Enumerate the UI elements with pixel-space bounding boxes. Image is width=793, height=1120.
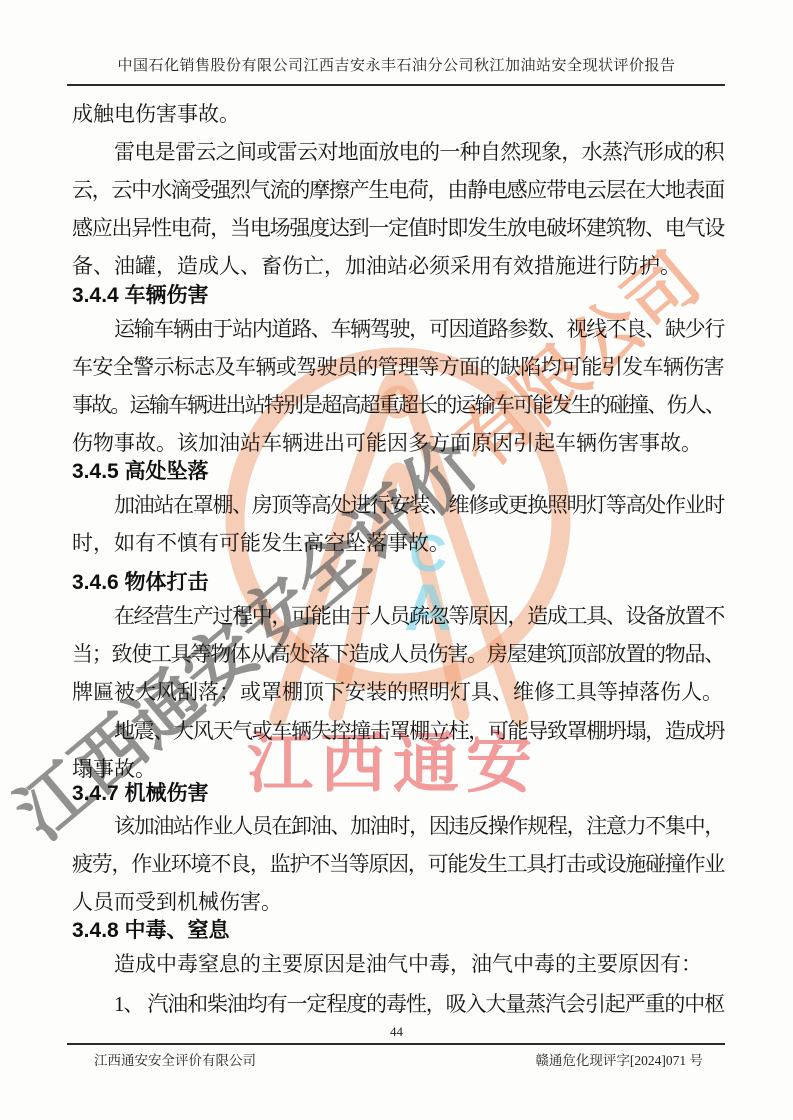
header-rule xyxy=(67,84,725,86)
body-line: 1、 汽油和柴油均有一定程度的毒性，吸入大量蒸汽会引起严重的中枢 xyxy=(114,985,724,1023)
section-heading-3-4-7: 3.4.7 机械伤害 xyxy=(72,781,209,807)
section-3-4-5-body: 加油站在罩棚、房顶等高处进行安装、维修或更换照明灯等高处作业时 时，如有不慎有可… xyxy=(72,486,724,562)
section-3-4-8-body-2: 1、 汽油和柴油均有一定程度的毒性，吸入大量蒸汽会引起严重的中枢 xyxy=(72,985,724,1023)
section-3-4-4-body: 运输车辆由于站内道路、车辆驾驶，可因道路参数、视线不良、缺少行 车安全警示标志及… xyxy=(72,310,724,462)
section-3-4-7-body: 该加油站作业人员在卸油、加油时，因违反操作规程，注意力不集中， 疲劳，作业环境不… xyxy=(72,807,724,921)
section-3-4-6-body-2: 地震、大风天气或车辆失控撞击罩棚立柱，可能导致罩棚坍塌，造成坍 塌事故。 xyxy=(72,712,724,788)
body-line: 雷电是雷云之间或雷云对地面放电的一种自然现象，水蒸汽形成的积 xyxy=(114,133,724,171)
footer-doc-number: 赣通危化现评字[2024]071 号 xyxy=(535,1049,725,1069)
body-line: 人员而受到机械伤害。 xyxy=(72,883,724,921)
body-line: 加油站在罩棚、房顶等高处进行安装、维修或更换照明灯等高处作业时 xyxy=(114,486,724,524)
body-line: 地震、大风天气或车辆失控撞击罩棚立柱，可能导致罩棚坍塌，造成坍 xyxy=(114,712,724,750)
body-line: 事故。运输车辆进出站特别是超高超重超长的运输车可能发生的碰撞、伤人、 xyxy=(72,386,724,424)
footer-row: 江西通安安全评价有限公司 赣通危化现评字[2024]071 号 xyxy=(67,1049,725,1069)
section-heading-3-4-4: 3.4.4 车辆伤害 xyxy=(72,283,209,309)
section-3-4-6-body: 在经营生产过程中，可能由于人员疏忽等原因，造成工具、设备放置不 当；致使工具等物… xyxy=(72,597,724,711)
footer-company: 江西通安安全评价有限公司 xyxy=(67,1049,256,1069)
report-page: 中国石化销售股份有限公司江西吉安永丰石油分公司秋江加油站安全现状评价报告 C A… xyxy=(0,0,793,1120)
body-line: 在经营生产过程中，可能由于人员疏忽等原因，造成工具、设备放置不 xyxy=(114,597,724,635)
section-heading-3-4-6: 3.4.6 物体打击 xyxy=(72,570,209,596)
footer-rule xyxy=(67,1043,725,1045)
body-line: 伤物事故。该加油站车辆进出可能因多方面原因引起车辆伤害事故。 xyxy=(72,424,724,462)
paragraph-lightning: 雷电是雷云之间或雷云对地面放电的一种自然现象，水蒸汽形成的积 云，云中水滴受强烈… xyxy=(72,133,724,285)
body-line: 牌匾被大风刮落；或罩棚顶下安装的照明灯具、维修工具等掉落伤人。 xyxy=(72,673,724,711)
body-line: 感应出异性电荷，当电场强度达到一定值时即发生放电破坏建筑物、电气设 xyxy=(72,209,724,247)
page-header-title: 中国石化销售股份有限公司江西吉安永丰石油分公司秋江加油站安全现状评价报告 xyxy=(0,54,793,75)
body-line: 疲劳，作业环境不良，监护不当等原因，可能发生工具打击或设施碰撞作业 xyxy=(72,845,724,883)
section-3-4-8-body: 造成中毒窒息的主要原因是油气中毒，油气中毒的主要原因有： xyxy=(72,945,724,983)
body-line: 云，云中水滴受强烈气流的摩擦产生电荷，由静电感应带电云层在大地表面 xyxy=(72,171,724,209)
page-number: 44 xyxy=(0,1024,793,1040)
paragraph-intro-continuation: 成触电伤害事故。 xyxy=(72,95,724,133)
section-heading-3-4-8: 3.4.8 中毒、窒息 xyxy=(72,918,230,944)
body-line: 时，如有不慎有可能发生高空坠落事故。 xyxy=(72,524,724,562)
body-line: 造成中毒窒息的主要原因是油气中毒，油气中毒的主要原因有： xyxy=(114,945,724,983)
body-line: 备、油罐，造成人、畜伤亡，加油站必须采用有效措施进行防护。 xyxy=(72,247,724,285)
body-line: 运输车辆由于站内道路、车辆驾驶，可因道路参数、视线不良、缺少行 xyxy=(114,310,724,348)
body-line: 该加油站作业人员在卸油、加油时，因违反操作规程，注意力不集中， xyxy=(114,807,724,845)
body-line: 当；致使工具等物体从高处落下造成人员伤害。房屋建筑顶部放置的物品、 xyxy=(72,635,724,673)
section-heading-3-4-5: 3.4.5 高处坠落 xyxy=(72,459,209,485)
body-line: 成触电伤害事故。 xyxy=(72,95,724,133)
body-line: 车安全警示标志及车辆或驾驶员的管理等方面的缺陷均可能引发车辆伤害 xyxy=(72,348,724,386)
